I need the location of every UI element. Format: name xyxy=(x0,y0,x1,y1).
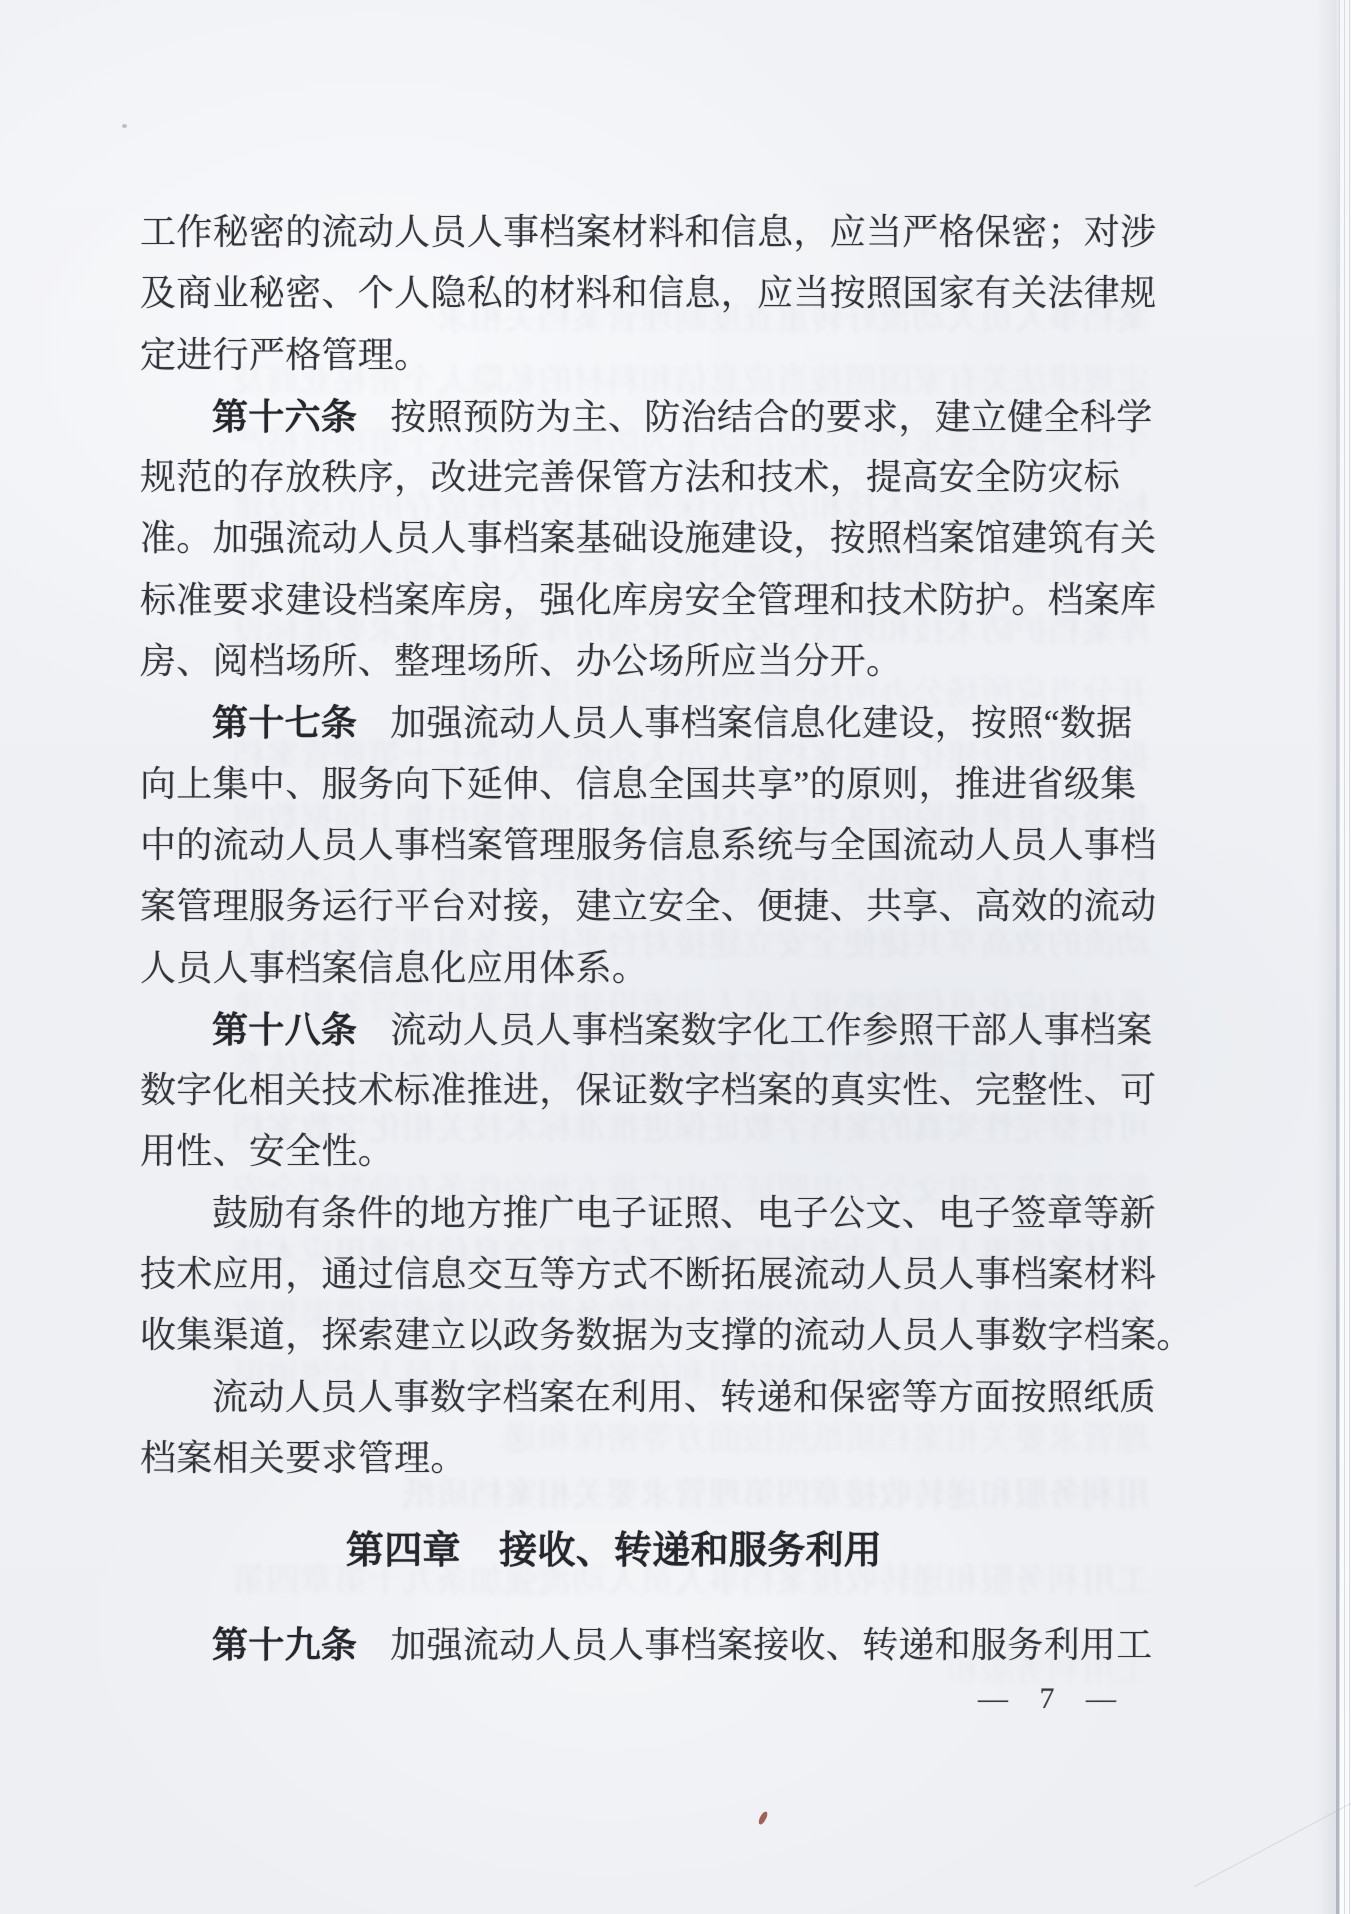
document-text-block: 工作秘密的流动人员人事档案材料和信息，应当严格保密；对涉及商业秘密、个人隐私的材… xyxy=(140,202,1148,1675)
scan-dot xyxy=(600,1088,605,1093)
line-text: 准。加强流动人员人事档案基础设施建设，按照档案馆建筑有关 xyxy=(140,518,1156,558)
dust-speck xyxy=(122,124,127,128)
article-number: 第十八条 xyxy=(212,1009,357,1050)
page-number: — 7 — xyxy=(978,1682,1120,1716)
text-line: 准。加强流动人员人事档案基础设施建设，按照档案馆建筑有关 xyxy=(140,508,1148,569)
text-line: 人员人事档案信息化应用体系。 xyxy=(140,938,1148,999)
line-text: 第四章 接收、转递和服务利用 xyxy=(346,1530,882,1572)
line-text: 案管理服务运行平台对接，建立安全、便捷、共享、高效的流动 xyxy=(140,886,1156,926)
text-line: 向上集中、服务向下延伸、信息全国共享”的原则，推进省级集 xyxy=(140,754,1148,815)
line-text: 标准要求建设档案库房，强化库房安全管理和技术防护。档案库 xyxy=(140,580,1156,620)
line-text: 中的流动人员人事档案管理服务信息系统与全国流动人员人事档 xyxy=(140,825,1156,865)
line-text: 规范的存放秩序，改进完善保管方法和技术，提高安全防灾标 xyxy=(140,457,1120,497)
text-line: 第十六条按照预防为主、防治结合的要求，建立健全科学 xyxy=(140,386,1148,447)
line-text: 数字化相关技术标准推进，保证数字档案的真实性、完整性、可 xyxy=(140,1070,1156,1110)
line-text: 流动人员人事档案数字化工作参照干部人事档案 xyxy=(390,1010,1152,1050)
article-number: 第十九条 xyxy=(212,1624,357,1665)
line-text: 人员人事档案信息化应用体系。 xyxy=(140,948,648,988)
ink-speck xyxy=(757,1810,768,1825)
line-text: 工作秘密的流动人员人事档案材料和信息，应当严格保密；对涉 xyxy=(140,212,1156,252)
stacked-pages-edge xyxy=(1339,0,1351,1914)
text-line: 鼓励有条件的地方推广电子证照、电子公文、电子签章等新 xyxy=(140,1183,1148,1244)
line-text: 房、阅档场所、整理场所、办公场所应当分开。 xyxy=(140,641,902,681)
line-text: 加强流动人员人事档案接收、转递和服务利用工 xyxy=(390,1625,1152,1665)
scanned-page: 案档事人员人动流好转重查度制理管案档关相求要格严照按当定规律法关有家国照按当应息… xyxy=(0,0,1351,1914)
line-text: 收集渠道，探索建立以政务数据为支撑的流动人员人事数字档案。 xyxy=(140,1315,1193,1355)
text-line: 档案相关要求管理。 xyxy=(140,1428,1148,1489)
text-line: 及商业秘密、个人隐私的材料和信息，应当按照国家有关法律规 xyxy=(140,263,1148,324)
text-line: 第十七条加强流动人员人事档案信息化建设，按照“数据 xyxy=(140,692,1148,753)
text-line: 规范的存放秩序，改进完善保管方法和技术，提高安全防灾标 xyxy=(140,447,1148,508)
text-line: 标准要求建设档案库房，强化库房安全管理和技术防护。档案库 xyxy=(140,570,1148,631)
text-line: 收集渠道，探索建立以政务数据为支撑的流动人员人事数字档案。 xyxy=(140,1305,1148,1366)
line-text: 定进行严格管理。 xyxy=(140,335,430,375)
line-text: 向上集中、服务向下延伸、信息全国共享”的原则，推进省级集 xyxy=(140,764,1136,804)
text-line: 工作秘密的流动人员人事档案材料和信息，应当严格保密；对涉 xyxy=(140,202,1148,263)
article-number: 第十六条 xyxy=(212,396,357,437)
article-number: 第十七条 xyxy=(212,702,357,743)
paper-edge-shadow xyxy=(1316,0,1336,1914)
line-text: 档案相关要求管理。 xyxy=(140,1438,467,1478)
text-line: 用性、安全性。 xyxy=(140,1121,1148,1182)
text-line: 技术应用，通过信息交互等方式不断拓展流动人员人事档案材料 xyxy=(140,1244,1148,1305)
text-line: 数字化相关技术标准推进，保证数字档案的真实性、完整性、可 xyxy=(140,1060,1148,1121)
text-line: 案管理服务运行平台对接，建立安全、便捷、共享、高效的流动 xyxy=(140,876,1148,937)
text-line: 流动人员人事数字档案在利用、转递和保密等方面按照纸质 xyxy=(140,1367,1148,1428)
text-line: 定进行严格管理。 xyxy=(140,325,1148,386)
chapter-heading: 第四章 接收、转递和服务利用 xyxy=(140,1521,1148,1582)
line-text: 鼓励有条件的地方推广电子证照、电子公文、电子签章等新 xyxy=(212,1193,1156,1233)
line-text: 及商业秘密、个人隐私的材料和信息，应当按照国家有关法律规 xyxy=(140,273,1156,313)
line-text: 按照预防为主、防治结合的要求，建立健全科学 xyxy=(390,397,1152,437)
text-line: 第十九条加强流动人员人事档案接收、转递和服务利用工 xyxy=(140,1614,1148,1675)
line-text: 加强流动人员人事档案信息化建设，按照“数据 xyxy=(390,703,1132,743)
text-line: 中的流动人员人事档案管理服务信息系统与全国流动人员人事档 xyxy=(140,815,1148,876)
line-text: 技术应用，通过信息交互等方式不断拓展流动人员人事档案材料 xyxy=(140,1254,1156,1294)
text-line: 房、阅档场所、整理场所、办公场所应当分开。 xyxy=(140,631,1148,692)
text-line: 第十八条流动人员人事档案数字化工作参照干部人事档案 xyxy=(140,999,1148,1060)
line-text: 流动人员人事数字档案在利用、转递和保密等方面按照纸质 xyxy=(212,1377,1156,1417)
line-text: 用性、安全性。 xyxy=(140,1131,394,1171)
